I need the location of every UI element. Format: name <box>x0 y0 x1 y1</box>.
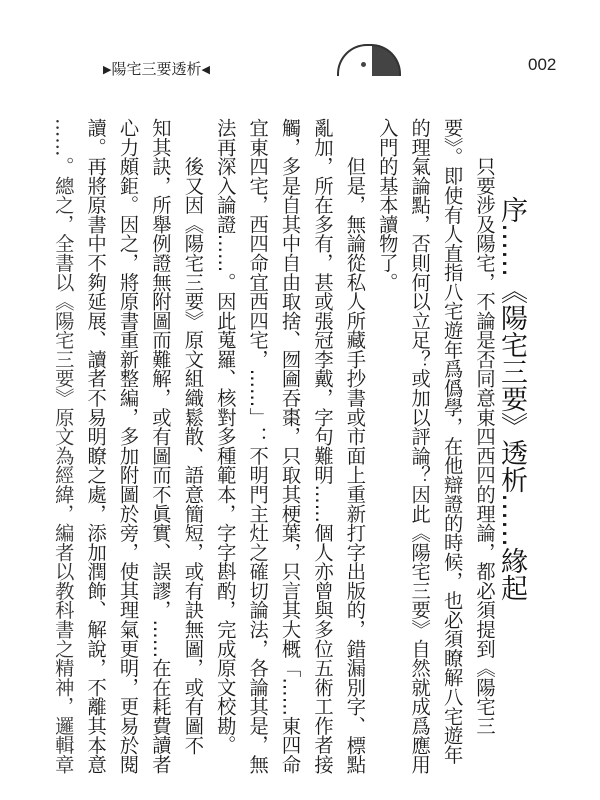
text-column-8: 宜東四宅，西四命宜西四宅，……」：不明門主灶之確切論法，各論其是，無 <box>241 118 273 768</box>
right-triangle-icon: ▶ <box>103 63 111 76</box>
text-column-4: 入門的基本讀物了。 <box>370 118 402 768</box>
page-number: 002 <box>528 55 556 75</box>
left-triangle-icon: ◀ <box>201 63 209 76</box>
text-column-11: 知其訣，所舉例證無附圖而難解，或有圖而不眞實、誤謬，……在在耗費讀者 <box>144 118 176 768</box>
text-column-1: 只要涉及陽宅，不論是否同意東四西四的理論，都必須提到《陽宅三 <box>468 118 500 768</box>
text-column-6: 亂加，所在多有，甚或張冠李戴，字句難明……個人亦曾與多位五術工作者接 <box>306 118 338 768</box>
text-column-3: 的理氣論點，否則何以立足？或加以評論？因此《陽宅三要》自然就成爲應用 <box>403 118 435 768</box>
text-column-14: ……。總之，全書以《陽宅三要》原文為經緯，編者以教科書之精神，邏輯章 <box>46 118 78 768</box>
body-text: 只要涉及陽宅，不論是否同意東四西四的理論，都必須提到《陽宅三 要》。即使有人直指… <box>46 118 500 768</box>
running-title: 陽宅三要透析 <box>111 60 201 78</box>
text-column-12: 心力頗鉅。因之，將原書重新整編，多加附圖於旁，使其理氣更明，更易於閱 <box>111 118 143 768</box>
yin-yang-dot-icon <box>361 62 366 67</box>
text-column-10: 後又因《陽宅三要》原文組織鬆散、語意簡短，或有訣無圖，或有圖不 <box>176 118 208 768</box>
text-column-13: 讀。再將原書中不夠延展、讀者不易明瞭之處，添加潤飾、解說，不離其本意 <box>79 118 111 768</box>
yin-yang-icon <box>337 44 401 76</box>
text-column-9: 法再深入論證……。因此蒐羅、核對多種範本，字字斟酌，完成原文校勘。 <box>208 118 240 768</box>
chapter-title: 序……《陽宅三要》透析……緣起 <box>496 196 526 601</box>
text-column-5: 但是，無論從私人所藏手抄書或市面上重新打字出版的，錯漏別字、標點 <box>338 118 370 768</box>
text-column-2: 要》。即使有人直指八宅遊年爲僞學，在他辯證的時候，也必須瞭解八宅遊年 <box>435 118 467 768</box>
text-column-7: 觸，多是自其中自由取捨、囫圇吞棗，只取其梗葉，只言其大概「……東四命 <box>273 118 305 768</box>
running-header: ▶陽宅三要透析◀ <box>103 58 210 79</box>
